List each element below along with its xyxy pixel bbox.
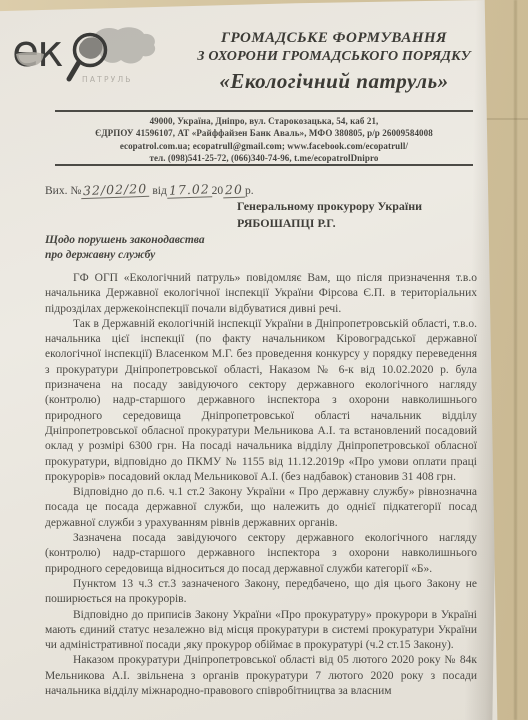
address-line: ЄДРПОУ 41596107, АТ «Райффайзен Банк Ава… bbox=[40, 127, 488, 139]
org-title-block: ГРОМАДСЬКЕ ФОРМУВАННЯ З ОХОРОНИ ГРОМАДСЬ… bbox=[152, 30, 516, 94]
table-seam-vertical bbox=[514, 0, 517, 720]
logo-subtext: ПАТРУЛЬ bbox=[82, 75, 133, 84]
reference-vid-label: від bbox=[152, 185, 166, 197]
recipient-line1: Генеральному прокурору України bbox=[237, 198, 422, 215]
body-paragraph: Наказом прокуратури Дніпропетровської об… bbox=[45, 653, 477, 699]
reference-suffix: р. bbox=[245, 185, 254, 197]
body-paragraph: Відповідно до приписів Закону України «П… bbox=[45, 608, 477, 654]
body-paragraph: Пунктом 13 ч.3 ст.3 зазначеного Закону, … bbox=[45, 577, 477, 608]
recipient-block: Генеральному прокурору України РЯБОШАПЦІ… bbox=[237, 198, 422, 231]
subject-line1: Щодо порушень законодавства bbox=[45, 233, 205, 248]
lens-map-blob bbox=[79, 37, 103, 58]
document-paper: ек ПАТРУЛЬ ГРОМАДСЬКЕ ФОРМУВАННЯ З ОХОРО… bbox=[0, 0, 528, 720]
magnifier-handle bbox=[69, 62, 79, 79]
letterhead-rule-top bbox=[55, 110, 473, 112]
reference-prefix: Вих. № bbox=[45, 185, 81, 197]
recipient-line2: РЯБОШАПЦІ Р.Г. bbox=[237, 215, 422, 232]
address-line: тел. (098)541-25-72, (066)340-74-96, t.m… bbox=[40, 152, 488, 164]
subject-block: Щодо порушень законодавства про державну… bbox=[45, 233, 205, 263]
reference-year-handwritten: 20 bbox=[223, 182, 245, 199]
reference-year-printed: 20 bbox=[212, 185, 224, 197]
logo-letters: ек bbox=[12, 26, 63, 77]
body-paragraph: Так в Державній екологічній інспекції Ук… bbox=[45, 317, 477, 485]
letterhead-rule-bottom bbox=[55, 164, 473, 166]
org-title-line2: З ОХОРОНИ ГРОМАДСЬКОГО ПОРЯДКУ bbox=[152, 49, 516, 65]
subject-line2: про державну службу bbox=[45, 248, 205, 263]
table-seam-horizontal bbox=[482, 118, 528, 120]
org-title-line1: ГРОМАДСЬКЕ ФОРМУВАННЯ bbox=[152, 30, 516, 47]
eco-patrol-logo: ек ПАТРУЛЬ bbox=[10, 16, 160, 98]
address-line: ecopatrol.com.ua; ecopatrull@gmail.com; … bbox=[40, 140, 488, 152]
body-paragraph: Відповідно до п.6. ч.1 ст.2 Закону Украї… bbox=[45, 485, 477, 531]
letter-body: ГФ ОГП «Екологічний патруль» повідомляє … bbox=[45, 271, 477, 699]
body-paragraph: Зазначена посада завідуючого сектору дер… bbox=[45, 531, 477, 577]
address-line: 49000, Україна, Дніпро, вул. Старокозаць… bbox=[40, 115, 488, 127]
org-address-block: 49000, Україна, Дніпро, вул. Старокозаць… bbox=[40, 115, 488, 164]
photo-background: ек ПАТРУЛЬ ГРОМАДСЬКЕ ФОРМУВАННЯ З ОХОРО… bbox=[0, 0, 528, 720]
reference-date-handwritten: 17.02 bbox=[167, 181, 212, 199]
reference-number-handwritten: 32/02/20 bbox=[81, 181, 150, 199]
reference-line: Вих. №32/02/20 від17.022020р. bbox=[45, 182, 254, 198]
body-paragraph: ГФ ОГП «Екологічний патруль» повідомляє … bbox=[45, 271, 477, 317]
org-title-line3: «Екологічний патруль» bbox=[152, 69, 516, 94]
eco-patrol-logo-graphic: ек ПАТРУЛЬ bbox=[10, 16, 160, 98]
